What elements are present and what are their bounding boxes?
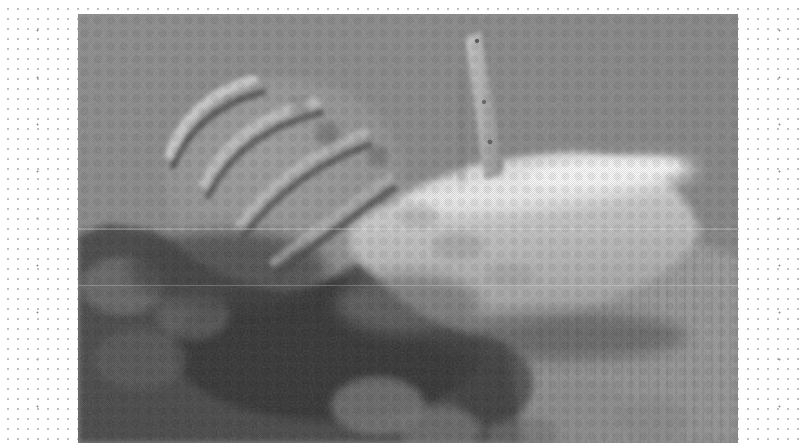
grain-overlay [78,14,738,443]
scanned-page [0,0,800,448]
halftone-photo-svg [78,14,738,443]
halftone-photograph [78,14,738,443]
